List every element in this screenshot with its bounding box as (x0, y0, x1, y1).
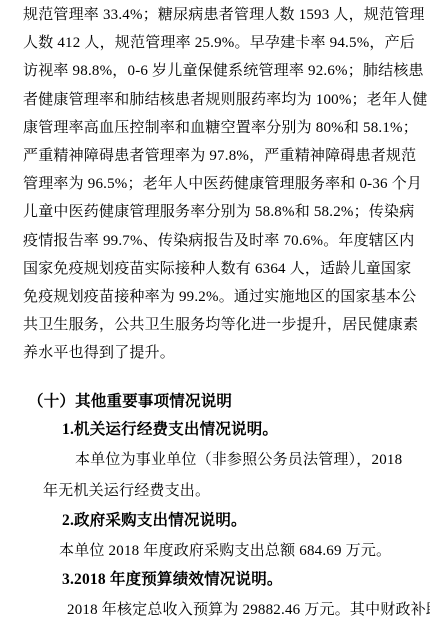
paragraph-line: 共卫生服务，公共卫生服务均等化进一步提升，居民健康素 (23, 311, 415, 339)
item3-body-line: 2018 年核定总收入预算为 29882.46 万元。其中财政补助 (67, 601, 430, 620)
paragraph-line: 疫情报告率 99.7%、传染病报告及时率 70.6%。年度辖区内 (23, 227, 415, 255)
paragraph-line: 规范管理率 33.4%；糖尿病患者管理人数 1593 人，规范管理 (23, 1, 415, 29)
item1-body-line: 年无机关运行经费支出。 (43, 482, 210, 501)
paragraph-line: 管理率为 96.5%；老年人中医药健康管理服务率和 0-36 个月 (23, 170, 415, 198)
document-page: 规范管理率 33.4%；糖尿病患者管理人数 1593 人，规范管理 人数 412… (0, 0, 430, 626)
paragraph-line: 访视率 98.8%，0-6 岁儿童保健系统管理率 92.6%；肺结核患 (23, 57, 415, 85)
item1-body-line: 本单位为事业单位（非参照公务员法管理），2018 (75, 451, 402, 470)
paragraph-line: 者健康管理率和肺结核患者规则服药率均为 100%；老年人健 (23, 86, 415, 114)
item3-heading-budget-performance: 3.2018 年度预算绩效情况说明。 (62, 570, 283, 589)
item1-heading-agency-operating-expense: 1.机关运行经费支出情况说明。 (62, 420, 278, 439)
paragraph-line: 康管理率高血压控制率和血糖空置率分别为 80%和 58.1%； (23, 114, 415, 142)
paragraph-line: 严重精神障碍患者管理率为 97.8%，严重精神障碍患者规范 (23, 142, 415, 170)
paragraph-line: 儿童中医药健康管理服务率分别为 58.8%和 58.2%；传染病 (23, 198, 415, 226)
health-services-paragraph: 规范管理率 33.4%；糖尿病患者管理人数 1593 人，规范管理 人数 412… (23, 1, 415, 367)
paragraph-line: 人数 412 人，规范管理率 25.9%。早孕建卡率 94.5%，产后 (23, 29, 415, 57)
section-heading-other-important-matters: （十）其他重要事项情况说明 (28, 392, 232, 411)
item2-heading-government-procurement: 2.政府采购支出情况说明。 (62, 511, 247, 530)
paragraph-line: 国家免疫规划疫苗实际接种人数有 6364 人，适龄儿童国家 (23, 255, 415, 283)
paragraph-line: 养水平也得到了提升。 (23, 339, 415, 367)
item2-body-line: 本单位 2018 年度政府采购支出总额 684.69 万元。 (59, 542, 391, 561)
paragraph-line: 免疫规划疫苗接种率为 99.2%。通过实施地区的国家基本公 (23, 283, 415, 311)
